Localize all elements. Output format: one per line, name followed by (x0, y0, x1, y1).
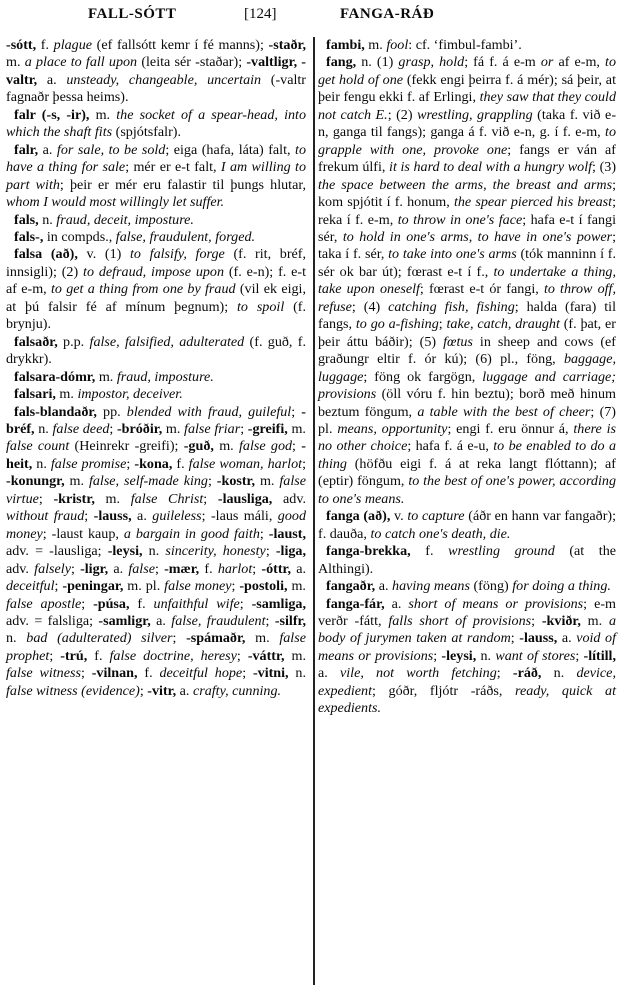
dictionary-entry: fang, n. (1) grasp, hold; fá f. á e-m or… (318, 54, 616, 508)
entry-text: ; (172, 630, 186, 646)
headword: -leysi, (108, 543, 143, 559)
headword: -vitni, (253, 665, 289, 681)
headword: -laust, (269, 526, 306, 542)
definition: unsteady, changeable, uncertain (66, 72, 261, 88)
dictionary-entry: fals-blandaðr, pp. blended with fraud, g… (6, 404, 306, 701)
definition: false woman, harlot (189, 456, 302, 472)
entry-text: ; (208, 473, 217, 489)
entry-text: f. (199, 561, 218, 577)
headword: -vitr, (147, 683, 176, 699)
headword: -samligr, (98, 613, 150, 629)
entry-text: a. (557, 630, 576, 646)
entry-text: ; (439, 316, 447, 332)
entry-text: ; mér er e-t falt, (125, 159, 221, 175)
definition: harlot (218, 561, 252, 577)
definition: to spoil (237, 299, 284, 315)
definition: deceitful hope (159, 665, 242, 681)
entry-text: ; (49, 648, 60, 664)
entry-text: n. (35, 421, 53, 437)
definition: deceitful (6, 578, 55, 594)
entry-text: n. (541, 665, 576, 681)
definition: unfaithful wife (154, 596, 240, 612)
definition: crafty, cunning. (193, 683, 281, 699)
headword: -samliga, (252, 596, 306, 612)
headword: fanga-fár, (326, 596, 385, 612)
entry-text: m. (6, 54, 25, 70)
entry-text: pp. (97, 404, 127, 420)
entry-text: ; (511, 630, 520, 646)
headword: falsari, (14, 386, 56, 402)
definition: false apostle (6, 596, 81, 612)
headword: -kona, (134, 456, 172, 472)
entry-text: f. (138, 665, 160, 681)
headword: -lauss, (94, 508, 132, 524)
dictionary-entry: fals-, in compds., false, fraudulent, fo… (6, 229, 306, 246)
definition: false count (6, 438, 69, 454)
dictionary-entry: falr, a. for sale, to be sold; eiga (haf… (6, 142, 306, 212)
dictionary-entry: fanga-fár, a. short of means or provisio… (318, 596, 616, 718)
entry-text: ; (266, 543, 276, 559)
entry-text: m. (162, 421, 184, 437)
entry-text: ; (81, 665, 92, 681)
entry-text: p.p. (58, 334, 90, 350)
definition: sincerity, honesty (165, 543, 265, 559)
definition: a bargain in good faith (124, 526, 260, 542)
definition: short of means or provisions (408, 596, 583, 612)
definition: fœtus (443, 334, 473, 350)
definition: take, catch, draught (447, 316, 560, 332)
dictionary-entry: falr (-s, -ir), m. the socket of a spear… (6, 107, 306, 142)
dictionary-entry: fanga-brekka, f. wrestling ground (at th… (318, 543, 616, 578)
entry-text: a. (37, 72, 66, 88)
headword: fangaðr, (326, 578, 375, 594)
entry-text: n. (39, 212, 57, 228)
headword: fambi, (326, 37, 365, 53)
definition: false, falsified, adulterated (90, 334, 245, 350)
headword: -bróðir, (117, 421, 162, 437)
definition: vile, not worth fetching (340, 665, 497, 681)
definition: grasp, hold (398, 54, 464, 70)
left-guide-word: FALL-SÓTT (88, 6, 176, 23)
entry-text: m. (214, 438, 239, 454)
left-column: -sótt, f. plague (ef fallsótt kemr í fé … (6, 37, 306, 700)
entry-text: : cf. ‘fimbul-fambi’. (408, 37, 522, 53)
entry-text: a. (151, 613, 172, 629)
entry-text: ; (4) (352, 299, 388, 315)
dictionary-entry: fambi, m. fool: cf. ‘fimbul-fambi’. (318, 37, 616, 54)
headword: -vilnan, (92, 665, 138, 681)
entry-text: v. (1) (78, 246, 130, 262)
headword: -kviðr, (542, 613, 581, 629)
entry-text: v. (390, 508, 407, 524)
page-number: [124] (244, 6, 277, 23)
definition: false (128, 561, 155, 577)
entry-text: ; engi f. eru önnur á, (447, 421, 573, 437)
entry-text: ; (266, 613, 275, 629)
definition: for doing a thing. (512, 578, 611, 594)
entry-text: a. (291, 561, 306, 577)
entry-text: adv. (6, 561, 34, 577)
definition: a place to fall upon (25, 54, 137, 70)
entry-text: ; hafa f. á e-u, (407, 438, 493, 454)
entry-text: f. (87, 648, 109, 664)
entry-text: ; (39, 491, 54, 507)
entry-text: (leita sér -staðar); (137, 54, 246, 70)
entry-text: ; (531, 613, 542, 629)
definition: the space between the arms, the breast a… (318, 177, 612, 193)
definition: plague (54, 37, 92, 53)
definition: to go a-fishing (356, 316, 439, 332)
entry-text: in compds., (43, 229, 115, 245)
definition: fool (386, 37, 408, 53)
dictionary-entry: fanga (að), v. to capture (áðr en hann v… (318, 508, 616, 543)
headword: falsaðr, (14, 334, 58, 350)
headword: -peningar, (62, 578, 123, 594)
definition: to capture (407, 508, 464, 524)
definition: means, opportunity (337, 421, 447, 437)
entry-text: (Heinrekr -greifi); (69, 438, 184, 454)
entry-text: ; (109, 421, 117, 437)
definition: to hold in one's arms, to have in one's … (343, 229, 612, 245)
headword: fals-blandaðr, (14, 404, 97, 420)
entry-text: ; (497, 665, 513, 681)
definition: fraud, deceit, imposture. (56, 212, 194, 228)
definition: to defraud, impose upon (83, 264, 224, 280)
definition: to falsify, forge (130, 246, 225, 262)
headword: -sótt, (6, 37, 36, 53)
headword: fang, (326, 54, 356, 70)
entry-text: ; (575, 648, 583, 664)
definition: false witness (evidence) (6, 683, 140, 699)
definition: to catch one's death, die. (370, 526, 510, 542)
entry-text: ; -laust kaup, (43, 526, 124, 542)
definition: false Christ (131, 491, 204, 507)
entry-text: ; (81, 596, 93, 612)
definition: falsely (34, 561, 71, 577)
headword: falr, (14, 142, 38, 158)
entry-text: ; (240, 421, 248, 437)
headword: -púsa, (93, 596, 129, 612)
entry-text: ; (302, 456, 306, 472)
right-column: fambi, m. fool: cf. ‘fimbul-fambi’.fang,… (318, 37, 616, 718)
headword: fals, (14, 212, 39, 228)
entry-text: ; (155, 561, 164, 577)
definition: the spear pierced his breast (454, 194, 612, 210)
entry-text: m. (56, 386, 78, 402)
definition: guileless (152, 508, 201, 524)
entry-text: ; góðr, fljótr -ráðs, (372, 683, 515, 699)
definition: to get a thing from one by fraud (51, 281, 236, 297)
entry-text: ; (237, 648, 248, 664)
definition: false money (164, 578, 231, 594)
headword: -guð, (184, 438, 214, 454)
entry-text: ; þeir er mér eru falastir til þungs hlu… (60, 177, 306, 193)
definition: having means (392, 578, 470, 594)
definition: without fraud (6, 508, 84, 524)
entry-text: a. (385, 596, 409, 612)
headword: -liga, (276, 543, 306, 559)
headword: -trú, (60, 648, 87, 664)
entry-text: m. (245, 630, 279, 646)
entry-text: f. (411, 543, 448, 559)
entry-text: m. (255, 473, 279, 489)
entry-text: ; (84, 508, 93, 524)
entry-text: n. (476, 648, 495, 664)
definition: fraud, imposture. (117, 369, 214, 385)
headword: -staðr, (269, 37, 306, 53)
entry-text: a. (375, 578, 392, 594)
dictionary-entry: -sótt, f. plague (ef fallsótt kemr í fé … (6, 37, 306, 107)
entry-text: ; (292, 438, 301, 454)
headword: -lauss, (519, 630, 557, 646)
definition: false deed (52, 421, 109, 437)
entry-text: (spjótsfalr). (112, 124, 181, 140)
headword: -ligr, (80, 561, 108, 577)
definition: catching fish, fishing (388, 299, 515, 315)
headword: -ráð, (513, 665, 542, 681)
column-divider (313, 37, 315, 985)
definition: blended with fraud, guileful (127, 404, 291, 420)
headword: -konungr, (6, 473, 65, 489)
entry-text: f. (36, 37, 54, 53)
entry-text: af e-m, (553, 54, 605, 70)
entry-text: ; (260, 526, 269, 542)
entry-text: n. (6, 630, 26, 646)
headword: -váttr, (248, 648, 285, 664)
entry-text: f. (172, 456, 188, 472)
headword: -spámaðr, (186, 630, 245, 646)
headword: falsa (að), (14, 246, 78, 262)
right-guide-word: FANGA-RÁÐ (340, 6, 434, 23)
entry-text: a. (132, 508, 153, 524)
entry-text: m. pl. (123, 578, 164, 594)
entry-text: a. (108, 561, 128, 577)
entry-text: ; -laus máli, (202, 508, 278, 524)
headword: -leysi, (441, 648, 476, 664)
entry-text: (föng) (470, 578, 512, 594)
entry-text: n. (32, 456, 51, 472)
headword: -óttr, (261, 561, 291, 577)
headword: falsara-dómr, (14, 369, 95, 385)
entry-text: ; fá f. á e-m (464, 54, 541, 70)
entry-text: a. (38, 142, 57, 158)
definition: false witness (6, 665, 81, 681)
entry-text: m. (288, 578, 306, 594)
definition: false, fraudulent, forged. (116, 229, 255, 245)
entry-text: ; eiga (hafa, láta) falt, (165, 142, 295, 158)
definition: false doctrine, heresy (110, 648, 237, 664)
definition: false god (239, 438, 292, 454)
entry-text: m. (95, 491, 131, 507)
definition: to take into one's arms (388, 246, 517, 262)
dictionary-entry: falsa (að), v. (1) to falsify, forge (f.… (6, 246, 306, 333)
headword: fanga (að), (326, 508, 390, 524)
headword: -greifi, (248, 421, 288, 437)
definition: falls short of provisions (388, 613, 531, 629)
dictionary-entry: falsari, m. impostor, deceiver. (6, 386, 306, 403)
entry-text: n. (289, 665, 306, 681)
definition: or (541, 54, 554, 70)
headword: -lítill, (584, 648, 617, 664)
headword: falr (-s, -ir), (14, 107, 89, 123)
dictionary-entry: falsara-dómr, m. fraud, imposture. (6, 369, 306, 386)
headword: fals-, (14, 229, 43, 245)
entry-text: ; (71, 561, 80, 577)
headword: -mær, (164, 561, 199, 577)
entry-text: m. (65, 473, 89, 489)
entry-text: ; (2) (388, 107, 417, 123)
entry-text: m. (365, 37, 387, 53)
definition: it is hard to deal with a hungry wolf (389, 159, 592, 175)
entry-text: n. (143, 543, 166, 559)
headword: -kostr, (217, 473, 255, 489)
entry-text: ; (3) (592, 159, 616, 175)
definition: for sale, to be sold (57, 142, 165, 158)
definition: wrestling ground (448, 543, 555, 559)
headword: -lausliga, (218, 491, 272, 507)
entry-text: ; fœrast e-t ór fangi, (420, 281, 544, 297)
definition: whom I would most willingly let suffer. (6, 194, 224, 210)
entry-text: ; föng ok fargögn, (363, 369, 482, 385)
definition: want of stores (495, 648, 575, 664)
entry-text: adv. = -lausliga; (6, 543, 108, 559)
definition: false, fraudulent (171, 613, 265, 629)
entry-text: m. (89, 107, 116, 123)
entry-text: a. (318, 665, 340, 681)
dictionary-entry: falsaðr, p.p. false, falsified, adultera… (6, 334, 306, 369)
page-header: FALL-SÓTT [124] FANGA-RÁÐ (0, 6, 625, 28)
entry-text: m. (581, 613, 609, 629)
headword: -kristr, (53, 491, 94, 507)
entry-text: f. (130, 596, 154, 612)
dictionary-entry: fals, n. fraud, deceit, imposture. (6, 212, 306, 229)
headword: -silfr, (275, 613, 306, 629)
definition: false promise (51, 456, 127, 472)
entry-text: (ef fallsótt kemr í fé manns); (92, 37, 269, 53)
definition: false, self-made king (89, 473, 208, 489)
entry-text: m. (288, 421, 306, 437)
entry-text: ; (242, 665, 253, 681)
entry-text: ; (291, 404, 301, 420)
definition: wrestling, grappling (417, 107, 533, 123)
entry-text: m. (284, 648, 306, 664)
entry-text: ; (240, 596, 252, 612)
definition: bad (adulterated) silver (26, 630, 172, 646)
entry-text: adv. = falsliga; (6, 613, 98, 629)
entry-text: adv. (272, 491, 306, 507)
headword: -postoli, (239, 578, 287, 594)
entry-text: a. (176, 683, 193, 699)
definition: a table with the best of cheer (417, 404, 590, 420)
entry-text: ; (203, 491, 218, 507)
definition: impostor, deceiver. (77, 386, 182, 402)
entry-text: n. (1) (356, 54, 398, 70)
dictionary-entry: fangaðr, a. having means (föng) for doin… (318, 578, 616, 595)
headword: fanga-brekka, (326, 543, 411, 559)
definition: false friar (184, 421, 240, 437)
definition: to throw in one's face (398, 212, 523, 228)
entry-text: m. (95, 369, 117, 385)
